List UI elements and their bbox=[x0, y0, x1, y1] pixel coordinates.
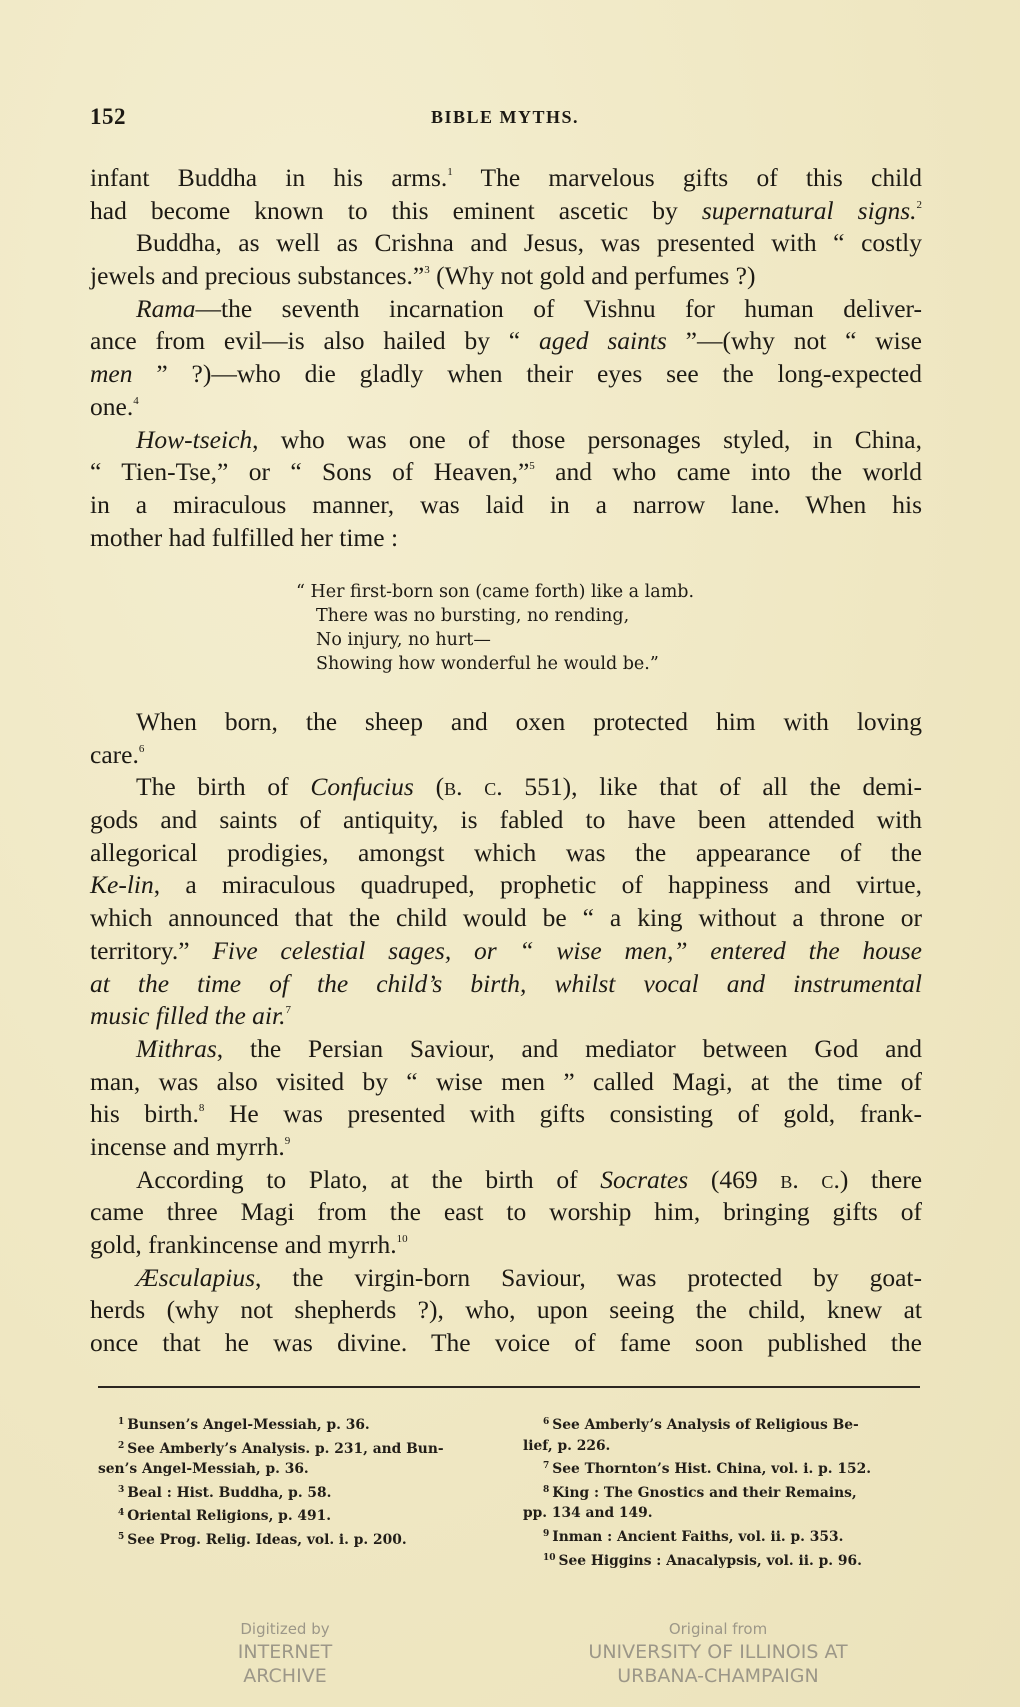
footnote: 4Oriental Religions, p. 491. bbox=[98, 1503, 518, 1527]
footnotes-left-column: 1Bunsen’s Angel-Messiah, p. 36. 2See Amb… bbox=[98, 1412, 518, 1551]
footnote: 8King : The Gnostics and their Remains, bbox=[523, 1480, 923, 1504]
footnote: 10See Higgins : Anacalypsis, vol. ii. p.… bbox=[523, 1548, 923, 1572]
paragraph-start: Rama—the seventh incarnation of Vishnu f… bbox=[90, 293, 922, 326]
footnote: 3Beal : Hist. Buddha, p. 58. bbox=[98, 1480, 518, 1504]
text-line: once that he was divine. The voice of fa… bbox=[90, 1327, 922, 1360]
poem-line: There was no bursting, no rending, bbox=[296, 604, 694, 628]
paragraph-start: Buddha, as well as Crishna and Jesus, wa… bbox=[90, 227, 922, 260]
footnote: 2See Amberly’s Analysis. p. 231, and Bun… bbox=[98, 1436, 518, 1460]
paragraph-start: When born, the sheep and oxen protected … bbox=[90, 706, 922, 739]
text-line: allegorical prodigies, amongst which was… bbox=[90, 837, 922, 870]
text-line: mother had fulfilled her time : bbox=[90, 522, 922, 555]
text-line: herds (why not shepherds ?), who, upon s… bbox=[90, 1294, 922, 1327]
text-line: came three Magi from the east to worship… bbox=[90, 1196, 922, 1229]
text-line: jewels and precious substances.”3 (Why n… bbox=[90, 260, 922, 293]
block-quote-poem: “ Her first-born son (came forth) like a… bbox=[296, 580, 694, 676]
paragraph-start: How-tseich, who was one of those persona… bbox=[90, 424, 922, 457]
running-title: BIBLE MYTHS. bbox=[90, 107, 920, 128]
footnote-ref[interactable]: 6 bbox=[139, 743, 145, 755]
university-label-line-1: UNIVERSITY OF ILLINOIS AT bbox=[582, 1640, 854, 1664]
text-line: gold, frankincense and myrrh.10 bbox=[90, 1229, 922, 1262]
text-line: gods and saints of antiquity, is fabled … bbox=[90, 804, 922, 837]
footnote-continuation: lief, p. 226. bbox=[523, 1436, 923, 1457]
body-text-part-2: When born, the sheep and oxen protected … bbox=[90, 706, 922, 1360]
text-line: music filled the air.7 bbox=[90, 1000, 922, 1033]
paragraph-start: Æsculapius, the virgin-born Saviour, was… bbox=[90, 1262, 922, 1295]
text-line: one.4 bbox=[90, 391, 922, 424]
text-line: which announced that the child would be … bbox=[90, 902, 922, 935]
footnote: 5See Prog. Relig. Ideas, vol. i. p. 200. bbox=[98, 1527, 518, 1551]
text-line: “ Tien-Tse,” or “ Sons of Heaven,”5 and … bbox=[90, 456, 922, 489]
text-line: territory.” Five celestial sages, or “ w… bbox=[90, 935, 922, 968]
text-line: his birth.8 He was presented with gifts … bbox=[90, 1098, 922, 1131]
internet-archive-label: INTERNET ARCHIVE bbox=[200, 1640, 370, 1688]
footnote-ref[interactable]: 2 bbox=[917, 199, 923, 211]
body-text-part-1: infant Buddha in his arms.1 The marvelou… bbox=[90, 162, 922, 554]
text-line: men ” ?)—who die gladly when their eyes … bbox=[90, 358, 922, 391]
digitized-by-watermark: Digitized by INTERNET ARCHIVE bbox=[200, 1618, 370, 1688]
text-line: infant Buddha in his arms.1 The marvelou… bbox=[90, 162, 922, 195]
footnote-continuation: sen’s Angel-Messiah, p. 36. bbox=[98, 1459, 518, 1480]
book-page: 152 BIBLE MYTHS. infant Buddha in his ar… bbox=[0, 0, 1020, 1707]
text-line: ance from evil—is also hailed by “ aged … bbox=[90, 325, 922, 358]
text-line: incense and myrrh.9 bbox=[90, 1131, 922, 1164]
footnotes-right-column: 6See Amberly’s Analysis of Religious Be-… bbox=[523, 1412, 923, 1571]
text-line: had become known to this eminent ascetic… bbox=[90, 195, 922, 228]
footnote-divider bbox=[98, 1386, 920, 1388]
footnote: 9Inman : Ancient Faiths, vol. ii. p. 353… bbox=[523, 1524, 923, 1548]
text-line: at the time of the child’s birth, whilst… bbox=[90, 968, 922, 1001]
paragraph-start: According to Plato, at the birth of Socr… bbox=[90, 1164, 922, 1197]
footnote-continuation: pp. 134 and 149. bbox=[523, 1503, 923, 1524]
text-line: Ke-lin, a miraculous quadruped, propheti… bbox=[90, 869, 922, 902]
footnote-ref[interactable]: 10 bbox=[397, 1233, 408, 1245]
paragraph-start: The birth of Confucius (b. c. 551), like… bbox=[90, 771, 922, 804]
footnote: 6See Amberly’s Analysis of Religious Be- bbox=[523, 1412, 923, 1436]
poem-line: Showing how wonderful he would be.” bbox=[296, 652, 694, 676]
text-line: in a miraculous manner, was laid in a na… bbox=[90, 489, 922, 522]
footnote-ref[interactable]: 7 bbox=[285, 1004, 291, 1016]
footnote: 1Bunsen’s Angel-Messiah, p. 36. bbox=[98, 1412, 518, 1436]
poem-line: No injury, no hurt— bbox=[296, 628, 694, 652]
running-head: 152 BIBLE MYTHS. bbox=[90, 104, 920, 134]
footnote: 7See Thornton’s Hist. China, vol. i. p. … bbox=[523, 1456, 923, 1480]
text-line: care.6 bbox=[90, 739, 922, 772]
paragraph-start: Mithras, the Persian Saviour, and mediat… bbox=[90, 1033, 922, 1066]
footnote-ref[interactable]: 4 bbox=[133, 395, 139, 407]
footnote-ref[interactable]: 9 bbox=[285, 1135, 291, 1147]
text-line: man, was also visited by “ wise men ” ca… bbox=[90, 1066, 922, 1099]
university-label-line-2: URBANA-CHAMPAIGN bbox=[582, 1664, 854, 1688]
poem-line: “ Her first-born son (came forth) like a… bbox=[296, 580, 694, 604]
original-from-watermark: Original from UNIVERSITY OF ILLINOIS AT … bbox=[582, 1618, 854, 1688]
